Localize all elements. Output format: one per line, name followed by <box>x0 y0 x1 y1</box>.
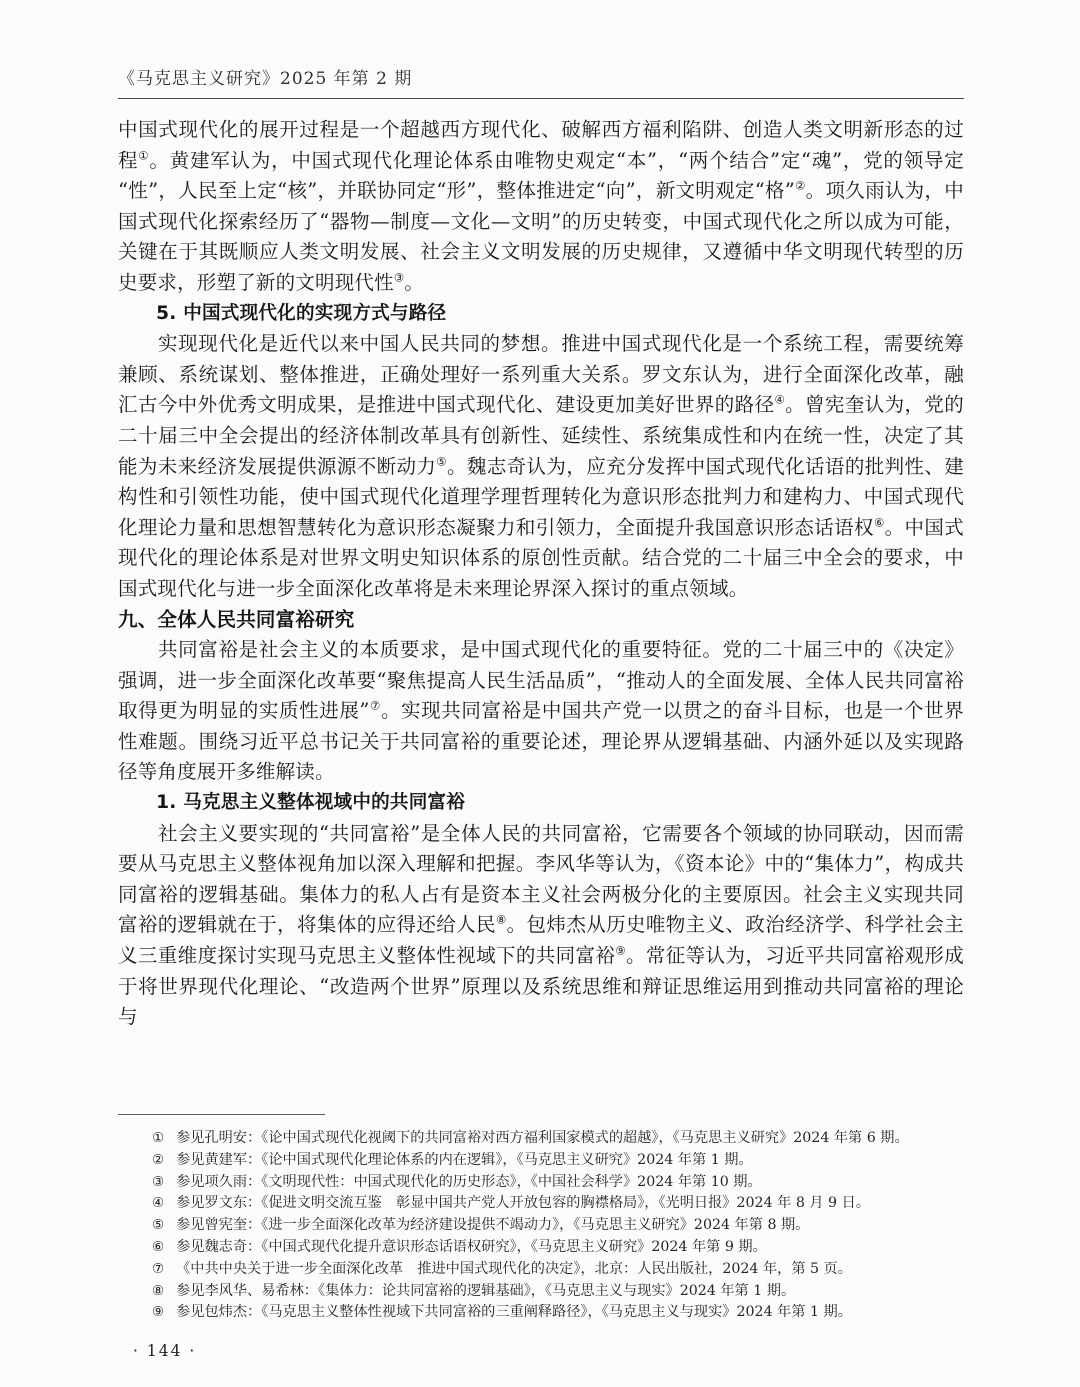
footnote-6: ⑥ 参见魏志奇：《中国式现代化提升意识形态话语权研究》，《马克思主义研究》202… <box>118 1237 980 1259</box>
footnote-3-text: 参见项久雨：《文明现代性：中国式现代化的历史形态》，《中国社会科学》2024 年… <box>176 1172 980 1194</box>
paragraph-modernization-continued: 中国式现代化的展开过程是一个超越西方现代化、破解西方福利陷阱、创造人类文明新形态… <box>118 115 964 299</box>
footnote-5-marker: ⑤ <box>152 1215 164 1237</box>
header-divider <box>118 98 964 99</box>
footnote-1-marker: ① <box>152 1128 164 1150</box>
footnotes-block: ① 参见孔明安：《论中国式现代化视阈下的共同富裕对西方福利国家模式的超越》，《马… <box>118 1114 980 1324</box>
footnote-4-text: 参见罗文东：《促进文明交流互鉴 彰显中国共产党人开放包容的胸襟格局》，《光明日报… <box>176 1193 980 1215</box>
footnote-2-marker: ② <box>152 1150 164 1172</box>
footnote-9-text: 参见包炜杰：《马克思主义整体性视域下共同富裕的三重阐释路径》，《马克思主义与现实… <box>176 1302 980 1324</box>
subsection-heading-1: 1. 马克思主义整体视域中的共同富裕 <box>118 788 964 819</box>
footnote-4-marker: ④ <box>152 1193 164 1215</box>
page-content: 《马克思主义研究》2025 年第 2 期 中国式现代化的展开过程是一个超越西方现… <box>118 64 964 1033</box>
footnote-3: ③ 参见项久雨：《文明现代性：中国式现代化的历史形态》，《中国社会科学》2024… <box>118 1172 980 1194</box>
paragraph-realization-path: 实现现代化是近代以来中国人民共同的梦想。推进中国式现代化是一个系统工程，需要统筹… <box>118 329 964 604</box>
paragraph-common-prosperity-intro: 共同富裕是社会主义的本质要求，是中国式现代化的重要特征。党的二十届三中的《决定》… <box>118 635 964 788</box>
subsection-heading-5: 5. 中国式现代化的实现方式与路径 <box>118 299 964 330</box>
footnote-9: ⑨ 参见包炜杰：《马克思主义整体性视域下共同富裕的三重阐释路径》，《马克思主义与… <box>118 1302 980 1324</box>
footnote-7-text: 《中共中央关于进一步全面深化改革 推进中国式现代化的决定》，北京：人民出版社，2… <box>176 1259 980 1281</box>
footnote-8-text: 参见李风华、易希林：《集体力：论共同富裕的逻辑基础》，《马克思主义与现实》202… <box>176 1281 980 1303</box>
footnote-2: ② 参见黄建军：《论中国式现代化理论体系的内在逻辑》，《马克思主义研究》2024… <box>118 1150 980 1172</box>
footnote-8-marker: ⑧ <box>152 1281 164 1303</box>
journal-page: 《马克思主义研究》2025 年第 2 期 中国式现代化的展开过程是一个超越西方现… <box>0 0 1080 1387</box>
footnote-4: ④ 参见罗文东：《促进文明交流互鉴 彰显中国共产党人开放包容的胸襟格局》，《光明… <box>118 1193 980 1215</box>
footnote-3-marker: ③ <box>152 1172 164 1194</box>
journal-issue-header: 《马克思主义研究》2025 年第 2 期 <box>118 64 964 89</box>
footnote-9-marker: ⑨ <box>152 1302 164 1324</box>
footnote-8: ⑧ 参见李风华、易希林：《集体力：论共同富裕的逻辑基础》，《马克思主义与现实》2… <box>118 1281 980 1303</box>
article-body: 中国式现代化的展开过程是一个超越西方现代化、破解西方福利陷阱、创造人类文明新形态… <box>118 115 964 1033</box>
footnote-6-text: 参见魏志奇：《中国式现代化提升意识形态话语权研究》，《马克思主义研究》2024 … <box>176 1237 980 1259</box>
footnote-2-text: 参见黄建军：《论中国式现代化理论体系的内在逻辑》，《马克思主义研究》2024 年… <box>176 1150 980 1172</box>
footnote-5: ⑤ 参见曾宪奎：《进一步全面深化改革为经济建设提供不竭动力》，《马克思主义研究》… <box>118 1215 980 1237</box>
footnote-1-text: 参见孔明安：《论中国式现代化视阈下的共同富裕对西方福利国家模式的超越》，《马克思… <box>176 1128 980 1150</box>
footnote-divider <box>118 1114 325 1115</box>
section-heading-nine: 九、全体人民共同富裕研究 <box>118 605 964 636</box>
page-number: · 144 · <box>133 1342 196 1360</box>
footnote-6-marker: ⑥ <box>152 1237 164 1259</box>
footnote-7-marker: ⑦ <box>152 1259 164 1281</box>
footnote-5-text: 参见曾宪奎：《进一步全面深化改革为经济建设提供不竭动力》，《马克思主义研究》20… <box>176 1215 980 1237</box>
paragraph-marxist-holistic: 社会主义要实现的“共同富裕”是全体人民的共同富裕，它需要各个领域的协同联动，因而… <box>118 819 964 1033</box>
footnote-1: ① 参见孔明安：《论中国式现代化视阈下的共同富裕对西方福利国家模式的超越》，《马… <box>118 1128 980 1150</box>
footnote-7: ⑦ 《中共中央关于进一步全面深化改革 推进中国式现代化的决定》，北京：人民出版社… <box>118 1259 980 1281</box>
